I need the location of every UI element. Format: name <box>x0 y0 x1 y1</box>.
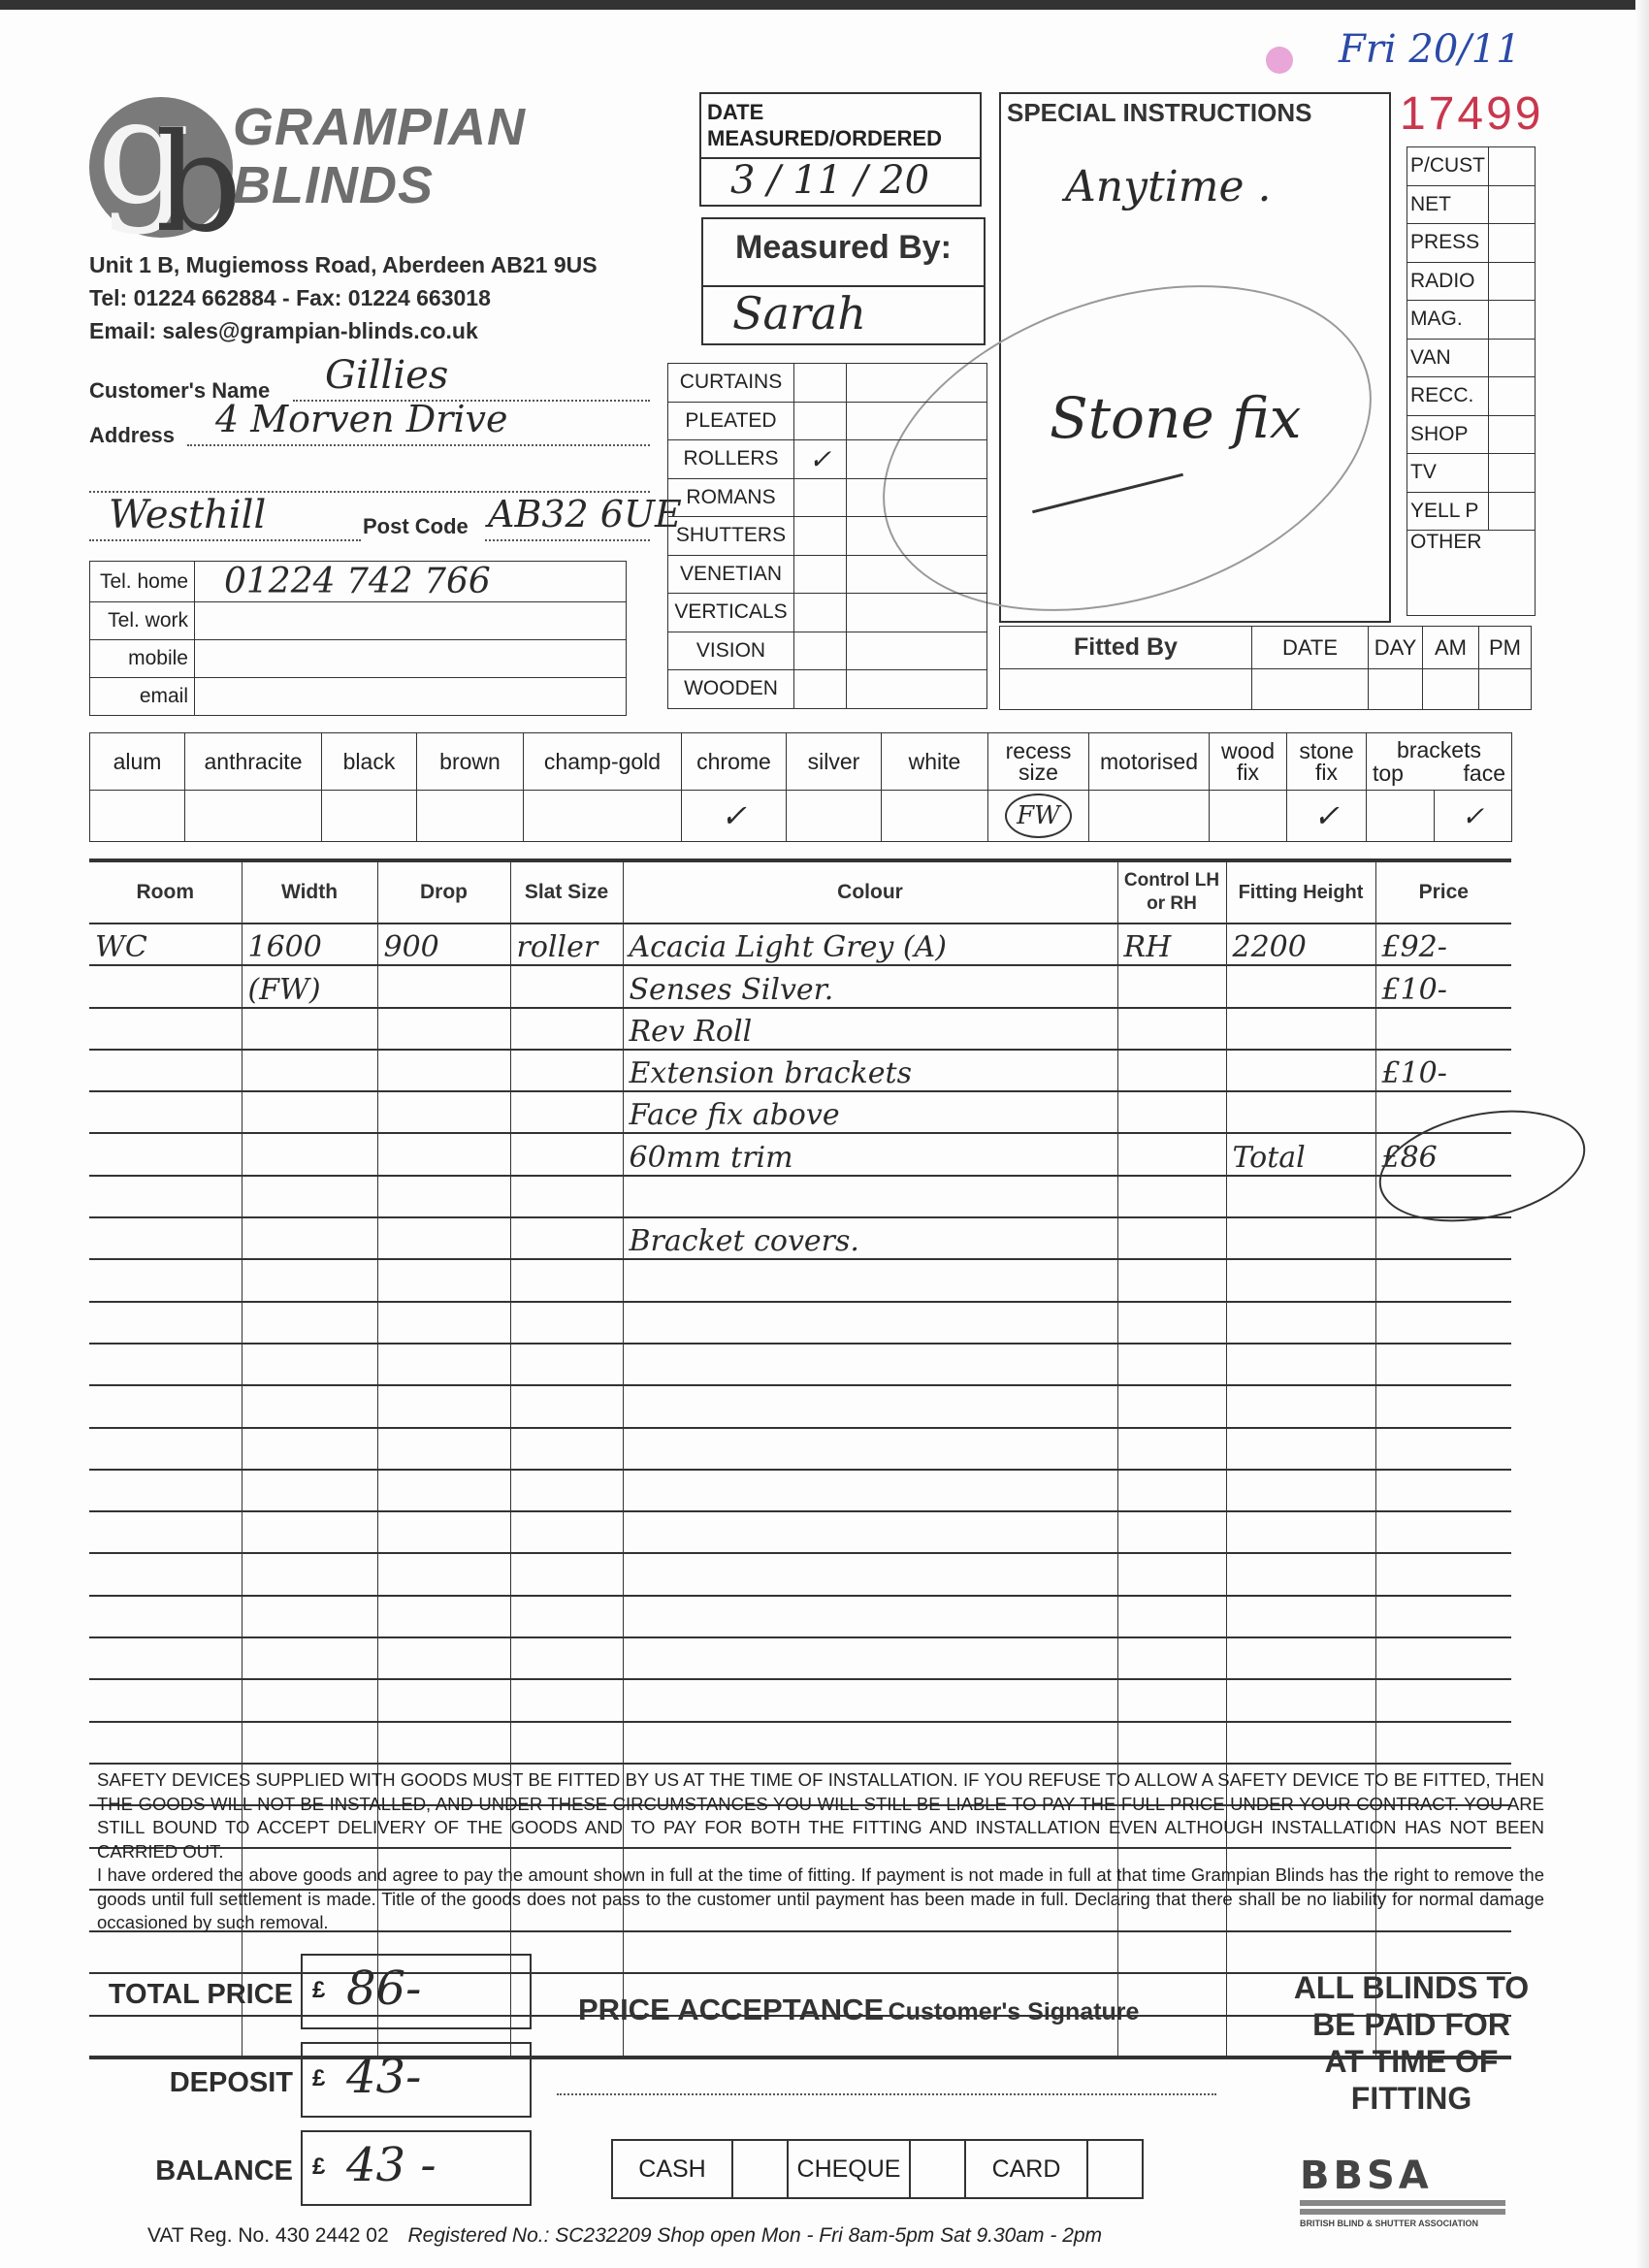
source-row: RADIO <box>1407 262 1536 301</box>
cell-width[interactable] <box>242 1637 377 1679</box>
product-row: WOODEN <box>668 670 987 709</box>
cell-control[interactable] <box>1117 1722 1226 1764</box>
cell-price[interactable]: £10- <box>1375 965 1511 1007</box>
table-row <box>89 1637 1511 1679</box>
bbsa-stripe <box>1300 2200 1505 2206</box>
payment-cheque-checkbox[interactable] <box>910 2140 965 2198</box>
address-town-value[interactable]: Westhill <box>109 493 266 537</box>
fitted-day-field[interactable] <box>1369 669 1423 710</box>
cell-colour[interactable]: Senses Silver. <box>623 965 1117 1007</box>
cell-control[interactable]: RH <box>1117 923 1226 965</box>
customer-signature-line[interactable] <box>557 2093 1216 2095</box>
cell-control[interactable] <box>1117 1385 1226 1427</box>
cell-width[interactable] <box>242 1428 377 1470</box>
cell-slat-size[interactable] <box>510 1050 623 1091</box>
cell-room[interactable] <box>89 2016 242 2057</box>
table-row <box>89 1344 1511 1385</box>
option-field-recess-size[interactable]: FW <box>988 791 1089 842</box>
brackets-top-label: top <box>1373 761 1404 785</box>
cell-drop[interactable] <box>377 1679 510 1721</box>
order-number: 17499 <box>1400 87 1543 141</box>
footer-line: VAT Reg. No. 430 2442 02 Registered No.:… <box>147 2224 1102 2248</box>
payment-cheque-label: CHEQUE <box>788 2140 910 2198</box>
cell-colour[interactable] <box>623 1176 1117 1217</box>
cell-slat-size[interactable] <box>510 965 623 1007</box>
postcode-value[interactable]: AB32 6UE <box>488 493 682 535</box>
cell-drop[interactable] <box>377 1553 510 1595</box>
cell-slat-size[interactable] <box>510 1259 623 1301</box>
cell-colour[interactable]: Rev Roll <box>623 1008 1117 1050</box>
special-instructions-box: SPECIAL INSTRUCTIONS Anytime . Stone fix <box>999 92 1391 623</box>
cell-fitting-height[interactable] <box>1226 1428 1375 1470</box>
address-line1-value[interactable]: 4 Morven Drive <box>215 398 507 440</box>
cell-drop[interactable] <box>377 1133 510 1175</box>
cell-fitting-height[interactable] <box>1226 1596 1375 1637</box>
table-row <box>89 1259 1511 1301</box>
product-checkbox-curtains[interactable] <box>794 364 847 403</box>
source-label: NET <box>1407 185 1489 224</box>
cell-width[interactable] <box>242 1008 377 1050</box>
cell-fitting-height[interactable] <box>1226 1302 1375 1344</box>
cell-drop[interactable] <box>377 965 510 1007</box>
cell-colour[interactable] <box>623 1679 1117 1721</box>
fitted-am-field[interactable] <box>1423 669 1479 710</box>
cell-room[interactable] <box>89 1511 242 1553</box>
cell-control[interactable] <box>1117 1302 1226 1344</box>
cell-width[interactable] <box>242 1217 377 1259</box>
cell-control[interactable] <box>1117 1008 1226 1050</box>
cell-drop[interactable] <box>377 1050 510 1091</box>
option-checkbox-silver[interactable] <box>787 791 882 842</box>
source-row: PRESS <box>1407 224 1536 263</box>
option-checkbox-wood-fix[interactable] <box>1210 791 1287 842</box>
cell-width[interactable] <box>242 1511 377 1553</box>
cell-room[interactable] <box>89 1470 242 1511</box>
cell-colour[interactable] <box>623 1511 1117 1553</box>
product-checkbox-wooden[interactable] <box>794 670 847 709</box>
cell-colour[interactable] <box>623 1722 1117 1764</box>
cell-width[interactable] <box>242 1302 377 1344</box>
cell-colour[interactable] <box>623 1259 1117 1301</box>
source-checkbox-van[interactable] <box>1489 339 1536 377</box>
product-row: PLEATED <box>668 402 987 440</box>
payment-cash-label: CASH <box>612 2140 732 2198</box>
product-label: VERTICALS <box>668 594 794 632</box>
cell-control[interactable] <box>1117 1428 1226 1470</box>
source-other-field[interactable]: OTHER <box>1407 531 1536 616</box>
cell-slat-size[interactable] <box>510 1722 623 1764</box>
cell-fitting-height[interactable] <box>1226 1470 1375 1511</box>
tel-work-field[interactable] <box>195 602 627 640</box>
cell-room[interactable] <box>89 1008 242 1050</box>
price-acceptance-label: PRICE ACCEPTANCE <box>578 1993 884 2026</box>
cell-slat-size[interactable] <box>510 1511 623 1553</box>
cell-drop[interactable] <box>377 1722 510 1764</box>
product-label: VENETIAN <box>668 555 794 594</box>
cell-drop[interactable] <box>377 1259 510 1301</box>
date-label-line1: DATE <box>707 100 763 125</box>
cell-price[interactable] <box>1375 1679 1511 1721</box>
cell-slat-size[interactable] <box>510 1679 623 1721</box>
cell-colour[interactable] <box>623 1385 1117 1427</box>
cell-drop[interactable] <box>377 1637 510 1679</box>
cell-drop[interactable] <box>377 1511 510 1553</box>
cell-fitting-height[interactable] <box>1226 1511 1375 1553</box>
option-checkbox-brackets-top[interactable] <box>1367 791 1435 842</box>
cell-slat-size[interactable] <box>510 1091 623 1133</box>
col-header-fitting-height: Fitting Height <box>1226 860 1375 923</box>
contact-label: email <box>90 678 195 716</box>
option-label: black <box>322 733 417 791</box>
option-checkbox-alum[interactable] <box>90 791 185 842</box>
option-checkbox-anthracite[interactable] <box>185 791 322 842</box>
cell-room[interactable] <box>89 1679 242 1721</box>
cell-control[interactable] <box>1117 1470 1226 1511</box>
cell-control[interactable] <box>1117 1553 1226 1595</box>
option-checkbox-champ-gold[interactable] <box>524 791 682 842</box>
product-checkbox-rollers[interactable]: ✓ <box>794 440 847 479</box>
cell-fitting-height[interactable]: Total <box>1226 1133 1375 1175</box>
table-row <box>89 1511 1511 1553</box>
brackets-label: brackets <box>1367 738 1511 761</box>
cell-fitting-height[interactable] <box>1226 1344 1375 1385</box>
cell-room[interactable] <box>89 1259 242 1301</box>
deposit-label: DEPOSIT <box>89 2067 293 2099</box>
fitted-pm-field[interactable] <box>1479 669 1532 710</box>
notice-line2: BE PAID FOR <box>1261 2006 1562 2043</box>
cell-room[interactable] <box>89 1344 242 1385</box>
source-row: TV <box>1407 454 1536 493</box>
cell-colour[interactable] <box>623 1344 1117 1385</box>
cell-price[interactable] <box>1375 1302 1511 1344</box>
cell-slat-size[interactable] <box>510 1302 623 1344</box>
cell-width[interactable] <box>242 1133 377 1175</box>
cell-control[interactable] <box>1117 1050 1226 1091</box>
cell-fitting-height[interactable] <box>1226 1931 1375 1973</box>
product-notes[interactable] <box>847 632 987 670</box>
cell-drop[interactable] <box>377 1470 510 1511</box>
cell-fitting-height[interactable] <box>1226 1217 1375 1259</box>
cell-slat-size[interactable] <box>510 1385 623 1427</box>
cell-price[interactable] <box>1375 1385 1511 1427</box>
cell-width[interactable] <box>242 1259 377 1301</box>
cell-width[interactable] <box>242 1596 377 1637</box>
source-checkbox-recc[interactable] <box>1489 377 1536 416</box>
cell-price[interactable] <box>1375 1217 1511 1259</box>
cell-slat-size[interactable] <box>510 1344 623 1385</box>
date-measured-box: DATE MEASURED/ORDERED 3 / 11 / 20 <box>699 92 982 207</box>
product-notes[interactable] <box>847 594 987 632</box>
source-row: YELL P <box>1407 492 1536 531</box>
product-notes[interactable] <box>847 478 987 517</box>
source-row: NET <box>1407 185 1536 224</box>
cell-slat-size[interactable] <box>510 1008 623 1050</box>
cell-room[interactable] <box>89 1931 242 1973</box>
lead-source-list: P/CUST NET PRESS RADIO MAG. VAN RECC. SH… <box>1406 146 1536 616</box>
cell-room[interactable] <box>89 1302 242 1344</box>
customer-name-value[interactable]: Gillies <box>325 353 448 398</box>
tel-home-field[interactable]: 01224 742 766 <box>195 562 627 602</box>
table-row: 60mm trimTotal£86 <box>89 1133 1511 1175</box>
option-checkbox-black[interactable] <box>322 791 417 842</box>
cell-slat-size[interactable] <box>510 1428 623 1470</box>
email-field[interactable] <box>195 678 627 716</box>
source-checkbox-net[interactable] <box>1489 185 1536 224</box>
option-label: wood fix <box>1210 733 1287 791</box>
cell-control[interactable] <box>1117 1091 1226 1133</box>
deposit-box: £ 43- <box>301 2042 532 2118</box>
cell-colour[interactable]: Face fix above <box>623 1091 1117 1133</box>
table-row: (FW)Senses Silver.£10- <box>89 965 1511 1007</box>
cell-width[interactable]: 1600 <box>242 923 377 965</box>
cell-room[interactable] <box>89 1176 242 1217</box>
cell-fitting-height[interactable] <box>1226 1553 1375 1595</box>
product-notes[interactable] <box>847 555 987 594</box>
cell-drop[interactable] <box>377 1091 510 1133</box>
source-checkbox-press[interactable] <box>1489 224 1536 263</box>
cell-colour[interactable] <box>623 1931 1117 1973</box>
cell-fitting-height[interactable] <box>1226 1008 1375 1050</box>
address-line-3 <box>89 539 361 541</box>
cell-room[interactable] <box>89 1385 242 1427</box>
product-checkbox-shutters[interactable] <box>794 517 847 556</box>
contact-row: Tel. work <box>90 602 627 640</box>
date-label-line2: MEASURED/ORDERED <box>707 126 942 151</box>
col-header-drop: Drop <box>377 860 510 923</box>
cell-drop[interactable] <box>377 1217 510 1259</box>
cell-room[interactable] <box>89 1428 242 1470</box>
cell-price[interactable]: £92- <box>1375 923 1511 965</box>
cell-control[interactable] <box>1117 1637 1226 1679</box>
total-price-value[interactable]: 86- <box>346 1961 421 2016</box>
source-checkbox-tv[interactable] <box>1489 454 1536 493</box>
mobile-field[interactable] <box>195 640 627 678</box>
cell-width[interactable] <box>242 1722 377 1764</box>
cell-width[interactable] <box>242 1679 377 1721</box>
deposit-value[interactable]: 43- <box>346 2050 421 2104</box>
product-notes[interactable] <box>847 440 987 479</box>
option-label: anthracite <box>185 733 322 791</box>
cell-fitting-height[interactable] <box>1226 1091 1375 1133</box>
product-notes[interactable] <box>847 517 987 556</box>
source-label: VAN <box>1407 339 1489 377</box>
total-price-box: £ 86- <box>301 1954 532 2029</box>
cell-width[interactable] <box>242 1470 377 1511</box>
cell-colour[interactable]: 60mm trim <box>623 1133 1117 1175</box>
cell-fitting-height[interactable] <box>1226 1176 1375 1217</box>
cell-drop[interactable] <box>377 1596 510 1637</box>
cell-fitting-height[interactable] <box>1226 1679 1375 1721</box>
cell-colour[interactable] <box>623 1637 1117 1679</box>
cell-colour[interactable]: Extension brackets <box>623 1050 1117 1091</box>
cell-fitting-height[interactable]: 2200 <box>1226 923 1375 965</box>
cell-room[interactable] <box>89 1553 242 1595</box>
cell-control[interactable] <box>1117 1176 1226 1217</box>
contact-table: Tel. home01224 742 766 Tel. work mobile … <box>89 561 627 716</box>
cell-slat-size[interactable] <box>510 1596 623 1637</box>
source-checkbox-radio[interactable] <box>1489 262 1536 301</box>
cell-drop[interactable] <box>377 1302 510 1344</box>
cell-fitting-height[interactable] <box>1226 1259 1375 1301</box>
source-label: P/CUST <box>1407 147 1489 186</box>
option-checkbox-brown[interactable] <box>417 791 524 842</box>
bbsa-stripe <box>1300 2209 1505 2215</box>
option-checkbox-motorised[interactable] <box>1089 791 1210 842</box>
brackets-face-label: face <box>1464 761 1505 785</box>
contact-label: mobile <box>90 640 195 678</box>
logo-monogram-b: b <box>155 116 242 252</box>
product-checkbox-pleated[interactable] <box>794 402 847 440</box>
payment-card-checkbox[interactable] <box>1087 2140 1143 2198</box>
product-label: CURTAINS <box>668 364 794 403</box>
cell-colour[interactable] <box>623 1470 1117 1511</box>
option-checkbox-stone-fix[interactable]: ✓ <box>1287 791 1367 842</box>
cell-colour[interactable] <box>623 1428 1117 1470</box>
product-notes[interactable] <box>847 402 987 440</box>
cell-price[interactable] <box>1375 1008 1511 1050</box>
cell-control[interactable] <box>1117 1511 1226 1553</box>
cell-control[interactable] <box>1117 1679 1226 1721</box>
cell-colour[interactable]: Bracket covers. <box>623 1217 1117 1259</box>
cell-slat-size[interactable] <box>510 1637 623 1679</box>
cell-room[interactable] <box>89 1596 242 1637</box>
cell-room[interactable] <box>89 965 242 1007</box>
company-address: Unit 1 B, Mugiemoss Road, Aberdeen AB21 … <box>89 252 598 278</box>
cell-colour[interactable] <box>623 1596 1117 1637</box>
company-tel-fax: Tel: 01224 662884 - Fax: 01224 663018 <box>89 285 491 311</box>
cell-control[interactable] <box>1117 1344 1226 1385</box>
option-checkbox-chrome[interactable]: ✓ <box>682 791 787 842</box>
cell-slat-size[interactable] <box>510 1133 623 1175</box>
cell-room[interactable] <box>89 1637 242 1679</box>
payment-cash-checkbox[interactable] <box>732 2140 788 2198</box>
cell-control[interactable] <box>1117 1217 1226 1259</box>
cell-room[interactable] <box>89 1722 242 1764</box>
cell-width[interactable] <box>242 1553 377 1595</box>
cell-width[interactable] <box>242 1050 377 1091</box>
cell-room[interactable] <box>89 1133 242 1175</box>
special-instruction-anytime[interactable]: Anytime . <box>1065 162 1271 211</box>
cell-room[interactable] <box>89 1050 242 1091</box>
cell-width[interactable]: (FW) <box>242 965 377 1007</box>
cell-room[interactable]: WC <box>89 923 242 965</box>
fitted-by-field[interactable] <box>1000 669 1252 710</box>
cell-price[interactable] <box>1375 1259 1511 1301</box>
balance-value[interactable]: 43 - <box>346 2138 436 2192</box>
product-checkbox-vision[interactable] <box>794 632 847 670</box>
payment-agreement: I have ordered the above goods and agree… <box>97 1863 1544 1935</box>
source-checkbox-pcust[interactable] <box>1489 147 1536 186</box>
source-row-other: OTHER <box>1407 531 1536 616</box>
cell-fitting-height[interactable] <box>1226 965 1375 1007</box>
balance-label: BALANCE <box>89 2155 293 2187</box>
cell-drop[interactable] <box>377 1385 510 1427</box>
source-checkbox-mag[interactable] <box>1489 301 1536 340</box>
source-checkbox-shop[interactable] <box>1489 415 1536 454</box>
cell-colour[interactable] <box>623 1553 1117 1595</box>
cell-control[interactable] <box>1117 1133 1226 1175</box>
price-acceptance-heading: PRICE ACCEPTANCE Customer's Signature <box>578 1993 1139 2027</box>
cell-drop[interactable] <box>377 1008 510 1050</box>
cell-slat-size[interactable] <box>510 1217 623 1259</box>
company-name-line2: BLINDS <box>233 155 434 215</box>
product-notes[interactable] <box>847 670 987 709</box>
product-checkbox-verticals[interactable] <box>794 594 847 632</box>
bbsa-logo: BBSA BRITISH BLIND & SHUTTER ASSOCIATION <box>1300 2154 1523 2228</box>
cell-price[interactable] <box>1375 1553 1511 1595</box>
cell-price[interactable] <box>1375 1428 1511 1470</box>
cell-price[interactable] <box>1375 1344 1511 1385</box>
option-checkbox-brackets-face[interactable]: ✓ <box>1435 791 1512 842</box>
cell-colour[interactable] <box>623 1302 1117 1344</box>
cell-fitting-height[interactable] <box>1226 1722 1375 1764</box>
cell-width[interactable] <box>242 1176 377 1217</box>
cell-price[interactable] <box>1375 1931 1511 1973</box>
fitted-by-table: Fitted By DATE DAY AM PM <box>999 626 1532 710</box>
notice-line1: ALL BLINDS TO <box>1261 1969 1562 2006</box>
cell-fitting-height[interactable] <box>1226 1385 1375 1427</box>
option-label: brown <box>417 733 524 791</box>
payment-notice: ALL BLINDS TO BE PAID FOR AT TIME OF FIT… <box>1261 1969 1562 2117</box>
cell-slat-size[interactable] <box>510 1553 623 1595</box>
cell-drop[interactable] <box>377 1176 510 1217</box>
cell-price[interactable]: £10- <box>1375 1050 1511 1091</box>
cell-room[interactable] <box>89 1091 242 1133</box>
option-checkbox-white[interactable] <box>882 791 988 842</box>
cell-control[interactable] <box>1117 965 1226 1007</box>
product-label: SHUTTERS <box>668 517 794 556</box>
cell-width[interactable] <box>242 1091 377 1133</box>
cell-control[interactable] <box>1117 1259 1226 1301</box>
cell-drop[interactable] <box>377 1428 510 1470</box>
product-row: SHUTTERS <box>668 517 987 556</box>
cell-price[interactable] <box>1375 1722 1511 1764</box>
cell-slat-size[interactable]: roller <box>510 923 623 965</box>
cell-price[interactable] <box>1375 1637 1511 1679</box>
cell-control[interactable] <box>1117 1596 1226 1637</box>
cell-drop[interactable]: 900 <box>377 923 510 965</box>
cell-price[interactable] <box>1375 1596 1511 1637</box>
cell-control[interactable] <box>1117 1931 1226 1973</box>
table-row: Extension brackets£10- <box>89 1050 1511 1091</box>
notice-line3: AT TIME OF <box>1261 2043 1562 2080</box>
source-other-label: OTHER <box>1410 531 1482 553</box>
product-checkbox-romans[interactable] <box>794 478 847 517</box>
measured-by-value[interactable]: Sarah <box>732 287 866 340</box>
date-value[interactable]: 3 / 11 / 20 <box>730 158 929 203</box>
cell-width[interactable] <box>242 1385 377 1427</box>
contact-row: mobile <box>90 640 627 678</box>
cell-price[interactable] <box>1375 1511 1511 1553</box>
cell-slat-size[interactable] <box>510 1176 623 1217</box>
cell-drop[interactable] <box>377 1344 510 1385</box>
source-checkbox-yellp[interactable] <box>1489 492 1536 531</box>
fitted-date-field[interactable] <box>1252 669 1369 710</box>
fitted-pm-label: PM <box>1479 627 1532 669</box>
cell-price[interactable] <box>1375 1470 1511 1511</box>
cell-room[interactable] <box>89 1217 242 1259</box>
cell-fitting-height[interactable] <box>1226 1050 1375 1091</box>
cell-fitting-height[interactable] <box>1226 1637 1375 1679</box>
special-instruction-stone-fix[interactable]: Stone fix <box>1050 385 1301 451</box>
product-notes[interactable] <box>847 364 987 403</box>
cell-width[interactable] <box>242 1344 377 1385</box>
cell-slat-size[interactable] <box>510 1470 623 1511</box>
cell-colour[interactable]: Acacia Light Grey (A) <box>623 923 1117 965</box>
product-checkbox-venetian[interactable] <box>794 555 847 594</box>
fitted-date-label: DATE <box>1252 627 1369 669</box>
source-row: VAN <box>1407 339 1536 377</box>
